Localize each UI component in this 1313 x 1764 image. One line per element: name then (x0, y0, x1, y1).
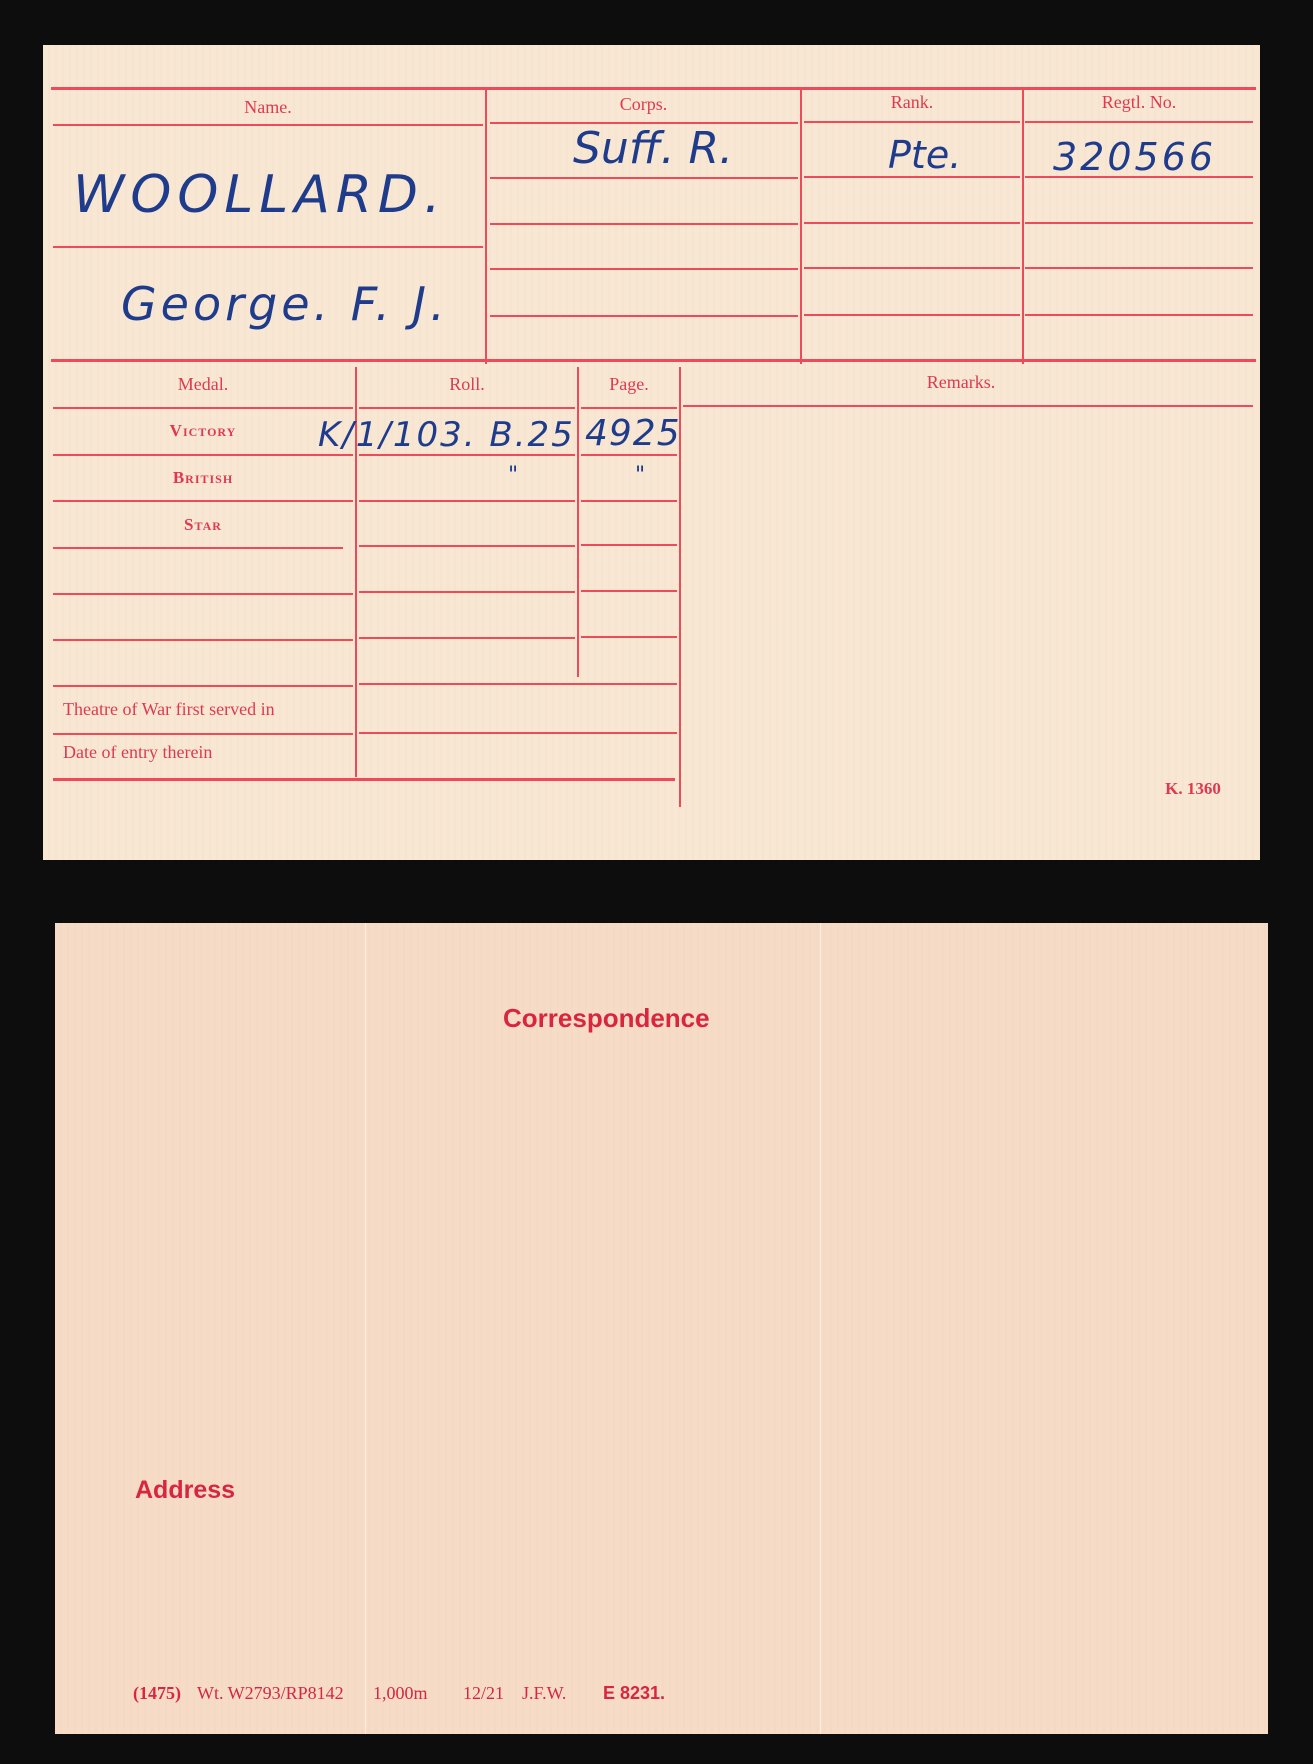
address-label: Address (135, 1476, 235, 1505)
victory-roll-entry: K/1/103. B.25 (318, 415, 575, 455)
british-roll-ditto: " (508, 463, 518, 488)
surname-entry: WOOLLARD. (73, 165, 447, 225)
imprint-quantity: 1,000m (373, 1683, 428, 1704)
remarks-header-rule (683, 405, 1253, 407)
page-row-rule-3 (581, 544, 677, 546)
medal-header-rule (53, 407, 353, 409)
name-header-rule (53, 124, 483, 126)
page-row-rule-2 (581, 500, 677, 502)
imprint-date: 12/21 (463, 1683, 504, 1704)
page-row-rule-4 (581, 590, 677, 592)
corps-rank-divider (800, 89, 802, 364)
medal-row-rule-6 (53, 685, 353, 687)
name-header: Name. (53, 97, 483, 118)
rank-row-rule-2 (804, 222, 1020, 224)
roll-row-rule-4 (359, 591, 575, 593)
regtl-row-rule-3 (1025, 267, 1253, 269)
rank-row-rule-3 (804, 267, 1020, 269)
page-row-rule-5 (581, 636, 677, 638)
date-of-entry-label: Date of entry therein (63, 742, 363, 763)
corps-row-rule-2 (490, 223, 798, 225)
remarks-header: Remarks. (681, 372, 1241, 393)
page-row-rule-1 (581, 454, 677, 456)
roll-row-rule-2 (359, 500, 575, 502)
corps-header: Corps. (487, 94, 800, 115)
imprint-weight: Wt. W2793/RP8142 (197, 1683, 344, 1704)
regtl-no-entry: 320566 (1053, 135, 1216, 179)
fold-line (820, 923, 821, 1734)
medal-index-card-front: Name. Corps. Rank. Regtl. No. WOOLLARD. … (43, 45, 1260, 860)
forenames-entry: George. F. J. (121, 277, 449, 331)
imprint-printer: J.F.W. (522, 1683, 566, 1704)
medal-section-bottom-rule (53, 778, 675, 781)
medal-victory-label: Victory (53, 421, 353, 441)
medal-row-rule-3 (53, 547, 343, 549)
roll-page-divider (577, 367, 579, 677)
medal-british-label: British (53, 468, 353, 488)
theatre-value-rule (359, 732, 677, 734)
rank-entry: Pte. (888, 133, 961, 177)
medal-row-rule-1 (53, 454, 353, 456)
name-corps-divider (485, 89, 487, 364)
regtl-no-header: Regtl. No. (1024, 92, 1254, 113)
roll-row-rule-3 (359, 545, 575, 547)
regtl-row-rule-2 (1025, 222, 1253, 224)
medal-row-rule-4 (53, 593, 353, 595)
medal-row-rule-2 (53, 500, 353, 502)
page-header: Page. (579, 374, 679, 395)
medal-row-rule-5 (53, 639, 353, 641)
surname-rule (53, 246, 483, 248)
theatre-of-war-label: Theatre of War first served in (63, 699, 363, 720)
roll-row-rule-1 (359, 454, 575, 456)
rank-header-rule (804, 121, 1020, 123)
corps-row-rule-3 (490, 268, 798, 270)
medal-section-top-rule (51, 359, 1256, 362)
form-number: K. 1360 (1143, 779, 1243, 799)
roll-row-rule-6 (359, 683, 677, 685)
header-top-rule (51, 87, 1256, 90)
roll-header-rule (359, 407, 575, 409)
roll-header: Roll. (357, 374, 577, 395)
victory-page-entry: 4925 (585, 413, 681, 454)
regtl-header-rule (1025, 121, 1253, 123)
fold-line (365, 923, 366, 1734)
rank-header: Rank. (802, 92, 1022, 113)
rank-regtl-divider (1022, 89, 1024, 364)
imprint-code: (1475) (133, 1683, 181, 1704)
british-page-ditto: " (635, 463, 645, 488)
medal-header: Medal. (53, 374, 353, 395)
corps-row-rule-1 (490, 177, 798, 179)
medal-index-card-back: Correspondence Address (1475) Wt. W2793/… (55, 923, 1268, 1734)
roll-row-rule-5 (359, 637, 575, 639)
page-header-rule (581, 407, 677, 409)
correspondence-label: Correspondence (503, 1003, 710, 1034)
imprint-ref: E 8231. (603, 1683, 665, 1704)
corps-entry: Suff. R. (573, 123, 733, 174)
rank-row-rule-4 (804, 314, 1020, 316)
regtl-row-rule-4 (1025, 314, 1253, 316)
medal-star-label: Star (53, 515, 353, 535)
theatre-rule (53, 733, 353, 735)
corps-row-rule-4 (490, 315, 798, 317)
